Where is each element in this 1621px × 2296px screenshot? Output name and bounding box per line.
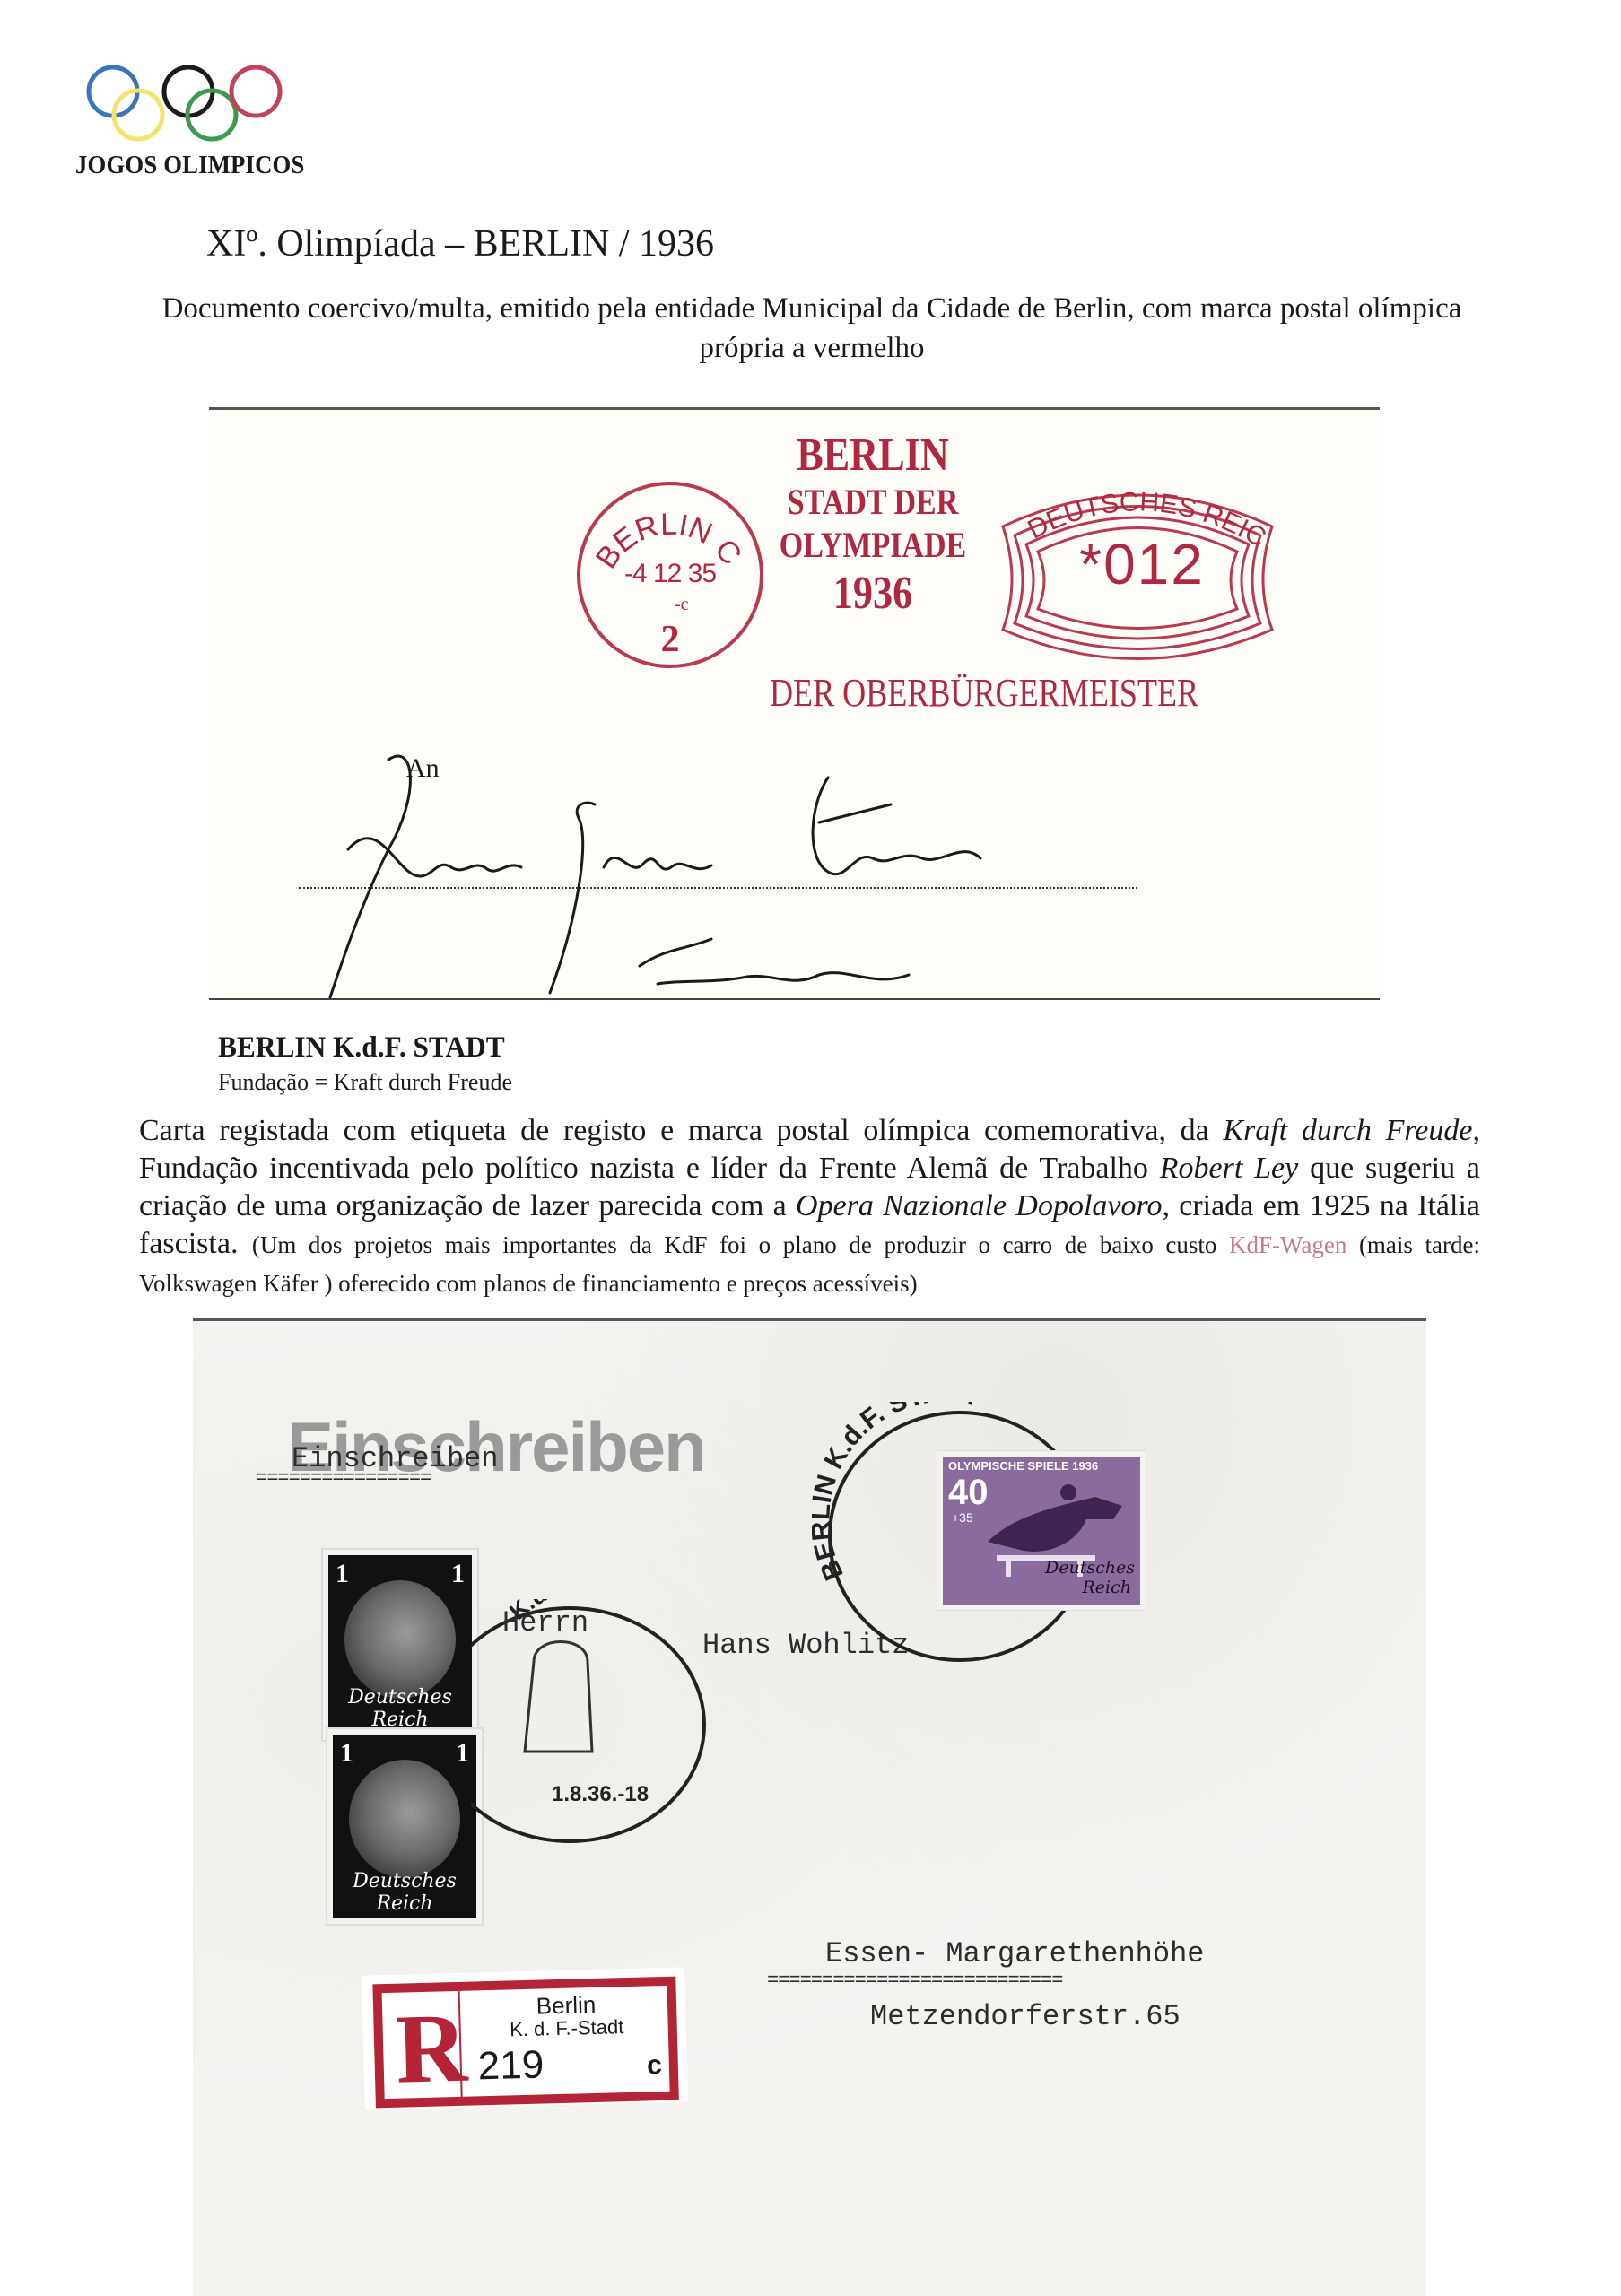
stamp-country: Reich bbox=[1082, 1578, 1131, 1597]
portrait-medallion-icon bbox=[349, 1760, 460, 1878]
sender-line: DER OBERBÜRGERMEISTER bbox=[770, 670, 1198, 716]
olympic-slogan-cachet: BERLIN STADT DER OLYMPIADE 1936 bbox=[756, 432, 989, 617]
stamp-header: OLYMPISCHE SPIELE 1936 bbox=[948, 1459, 1098, 1473]
desc-italic: Opera Nazionale Dopolavoro bbox=[796, 1189, 1162, 1222]
recipient-city-underline: =========================== bbox=[767, 1976, 1062, 1986]
stamp-country: Deutsches Reich bbox=[333, 1870, 476, 1915]
registration-label: R Berlin K. d. F.-Stadt 219 c bbox=[362, 1967, 688, 2109]
section-title: BERLIN K.d.F. STADT bbox=[218, 1031, 505, 1065]
stamp-country: Deutsches Reich bbox=[328, 1686, 472, 1731]
section-subtitle: Fundação = Kraft durch Freude bbox=[218, 1069, 512, 1096]
section-description: Carta registada com etiqueta de registo … bbox=[139, 1112, 1480, 1302]
portrait-medallion-icon bbox=[344, 1580, 456, 1699]
postmark-time-mark: -c bbox=[675, 595, 689, 615]
stamp-surcharge: +35 bbox=[952, 1510, 973, 1525]
desc-note: (Um dos projetos mais importantes da KdF… bbox=[252, 1231, 1229, 1258]
registration-frame: R Berlin K. d. F.-Stadt 219 c bbox=[372, 1977, 678, 2109]
slogan-line: BERLIN bbox=[774, 432, 972, 479]
recipient-street: Metzendorferstr.65 bbox=[870, 2000, 1181, 2033]
meter-value: *012 bbox=[1052, 531, 1232, 597]
berlin-c-postmark: BERLIN C -4 12 35 -c 2 bbox=[577, 482, 763, 668]
registered-underline: ================ bbox=[256, 1474, 431, 1483]
olympic-bell-icon bbox=[525, 1642, 592, 1752]
stamp-value: 1 bbox=[456, 1738, 469, 1769]
hindenburg-stamp: 1 1 Deutsches Reich bbox=[327, 1729, 482, 1924]
olympic-rings-logo bbox=[79, 63, 321, 152]
postmark-date: -4 12 35 bbox=[580, 559, 760, 589]
slogan-line: STADT DER bbox=[774, 484, 972, 520]
desc-italic: Robert Ley bbox=[1160, 1152, 1298, 1185]
cover-1-municipal-letter: BERLIN C -4 12 35 -c 2 BERLIN STADT DER … bbox=[209, 407, 1380, 1000]
desc-italic: Kraft durch Freude bbox=[1223, 1114, 1472, 1147]
page-title: XIº. Olimpíada – BERLIN / 1936 bbox=[206, 222, 714, 265]
page-subtitle: Documento coercivo/multa, emitido pela e… bbox=[126, 289, 1498, 368]
kdf-wagen-link[interactable]: KdF-Wagen bbox=[1229, 1231, 1346, 1258]
recipient-salutation: Herrn bbox=[502, 1606, 588, 1639]
handwritten-address bbox=[263, 742, 1160, 1002]
desc-text: Carta registada com etiqueta de registo … bbox=[139, 1114, 1223, 1147]
olympic-equestrian-stamp: OLYMPISCHE SPIELE 1936 40 +35 Deutsches … bbox=[937, 1451, 1146, 1610]
registration-suffix: c bbox=[647, 2050, 663, 2081]
stamp-value: 1 bbox=[451, 1559, 465, 1589]
registration-office: K. d. F.-Stadt bbox=[467, 2014, 666, 2043]
address-dotted-line bbox=[299, 887, 1137, 889]
slogan-line: 1936 bbox=[774, 570, 972, 617]
brand-label: JOGOS OLIMPICOS bbox=[75, 151, 305, 180]
stamp-value: 1 bbox=[340, 1738, 353, 1769]
slogan-line: OLYMPIADE bbox=[774, 527, 972, 563]
svg-text:1.8.36.-18: 1.8.36.-18 bbox=[552, 1782, 649, 1806]
postmark-number: 2 bbox=[580, 618, 760, 661]
recipient-city: Essen- Margarethenhöhe bbox=[825, 1937, 1204, 1970]
hindenburg-stamp: 1 1 Deutsches Reich bbox=[323, 1550, 477, 1740]
stamp-value: 1 bbox=[336, 1559, 349, 1589]
registration-number: 219 bbox=[477, 2042, 545, 2089]
stamp-country: Deutsches bbox=[1045, 1558, 1135, 1578]
registration-r-glyph: R bbox=[395, 1998, 468, 2099]
cover-2-registered-letter: Einschreiben Einschreiben ==============… bbox=[193, 1318, 1426, 2296]
